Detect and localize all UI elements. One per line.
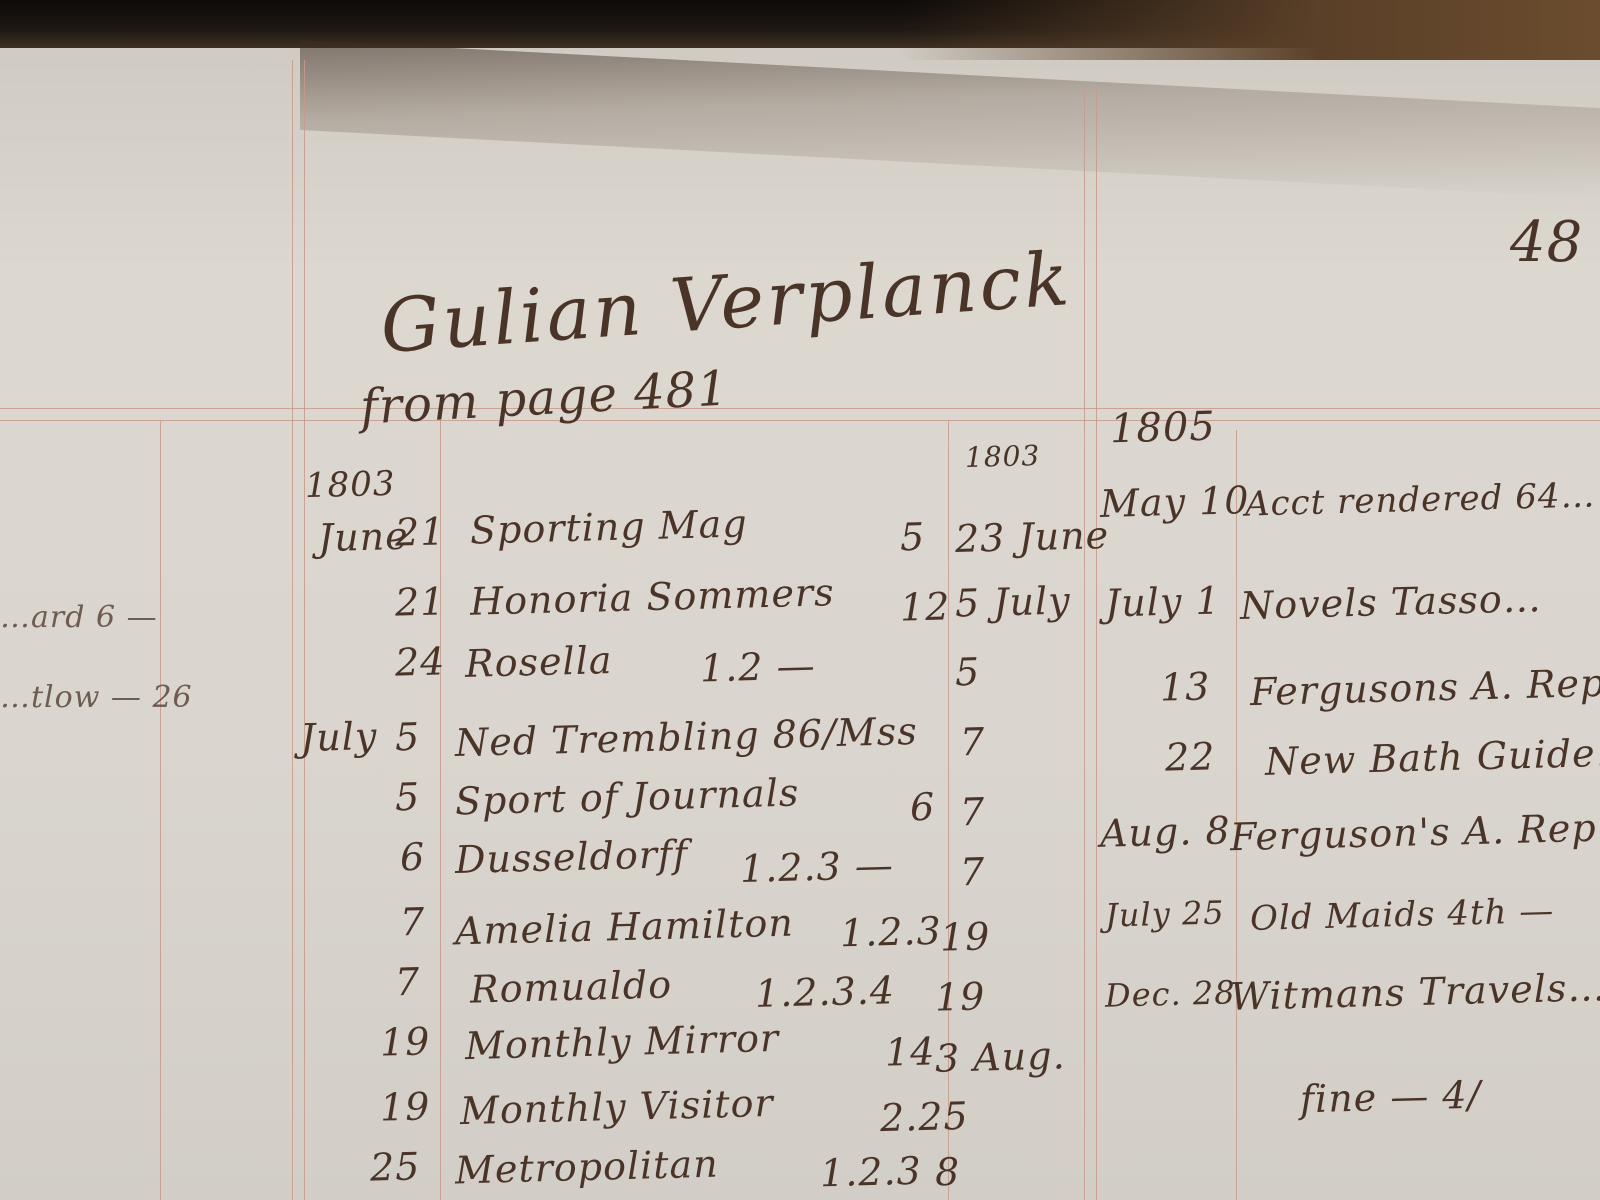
entry-item: Metropolitan bbox=[454, 1142, 719, 1193]
entry-amount: 6 bbox=[909, 785, 935, 830]
entry-item: Amelia Hamilton bbox=[454, 901, 794, 954]
rule-vertical bbox=[1096, 90, 1097, 1200]
credit-date: 13 bbox=[1159, 664, 1210, 709]
credit-year: 1805 bbox=[1109, 404, 1216, 453]
rule-horizontal bbox=[0, 420, 1600, 421]
credit-date: Dec. 28 bbox=[1105, 973, 1237, 1014]
credit-date: May 10 bbox=[1099, 478, 1250, 526]
entry-day: 5 bbox=[394, 715, 420, 760]
margin-fragment: …ard 6 — bbox=[0, 600, 158, 635]
credit-item: Novels Tasso… bbox=[1239, 576, 1542, 628]
credit-date: Aug. 8 bbox=[1099, 808, 1231, 855]
entry-amount: 1.2.3 bbox=[839, 909, 942, 956]
entry-item: Sport of Journals bbox=[454, 771, 799, 824]
credit-date: July 1 bbox=[1104, 578, 1221, 625]
credit-date: July 25 bbox=[1105, 893, 1226, 934]
entry-item: Sporting Mag bbox=[469, 501, 748, 552]
rule-vertical bbox=[292, 60, 293, 1200]
rule-vertical bbox=[1084, 90, 1085, 1200]
entry-amount: 12 bbox=[899, 584, 950, 629]
entry-day: 6 bbox=[399, 835, 425, 880]
page-number: 48 bbox=[1510, 210, 1583, 275]
entry-return: 3 Aug. bbox=[934, 1033, 1066, 1080]
entry-month: July bbox=[299, 714, 377, 760]
entry-day: 7 bbox=[394, 960, 420, 1005]
book-binding-edge bbox=[900, 0, 1600, 60]
entry-return: 19 bbox=[934, 974, 985, 1019]
entry-amount: 1.2.3 bbox=[819, 1149, 922, 1196]
entry-day: 21 bbox=[394, 509, 445, 554]
entry-amount: 2.25 bbox=[879, 1094, 969, 1140]
entry-return: 7 bbox=[959, 720, 985, 765]
entry-amount: 5 bbox=[899, 515, 925, 560]
entry-return: 5 bbox=[954, 650, 980, 695]
entry-return: 5 July bbox=[954, 578, 1071, 625]
entry-item: Romualdo bbox=[469, 962, 672, 1011]
rule-vertical bbox=[304, 60, 305, 1200]
entry-return: 7 bbox=[959, 850, 985, 895]
entry-return: 19 bbox=[939, 914, 990, 959]
credit-item: fine — 4/ bbox=[1299, 1073, 1481, 1122]
entry-day: 5 bbox=[394, 775, 420, 820]
entry-day: 19 bbox=[379, 1019, 430, 1064]
credit-date: 22 bbox=[1164, 734, 1215, 779]
rule-horizontal bbox=[0, 408, 1600, 409]
entry-amount: 14 bbox=[884, 1029, 935, 1074]
entry-item: Monthly Mirror bbox=[464, 1016, 779, 1068]
entry-day: 25 bbox=[369, 1144, 420, 1189]
entry-return: 7 bbox=[959, 790, 985, 835]
entry-item: Rosella bbox=[464, 638, 613, 686]
entry-day: 21 bbox=[394, 579, 445, 624]
entry-item: Monthly Visitor bbox=[459, 1081, 774, 1133]
entry-amount: 1.2 — bbox=[699, 643, 816, 690]
entry-item: Dusseldorff bbox=[454, 832, 688, 882]
credit-item: Old Maids 4th — bbox=[1250, 891, 1555, 939]
credit-item: Fergusons A. Rep… bbox=[1249, 660, 1600, 714]
credit-item: New Bath Guide… bbox=[1264, 730, 1600, 784]
entry-return: 8 bbox=[934, 1150, 960, 1195]
entry-day: 7 bbox=[399, 900, 425, 945]
entry-return: 23 June bbox=[954, 513, 1109, 561]
margin-fragment: …tlow — 26 bbox=[0, 680, 193, 715]
entry-amount: 1.2.3.4 bbox=[754, 968, 895, 1016]
rule-vertical bbox=[948, 420, 949, 1200]
entry-amount: 1.2.3 — bbox=[739, 843, 894, 891]
rule-vertical bbox=[160, 420, 161, 1200]
return-year: 1803 bbox=[965, 439, 1041, 474]
entry-day: 19 bbox=[379, 1084, 430, 1129]
entry-day: 24 bbox=[394, 639, 445, 684]
debit-year: 1803 bbox=[304, 464, 396, 506]
